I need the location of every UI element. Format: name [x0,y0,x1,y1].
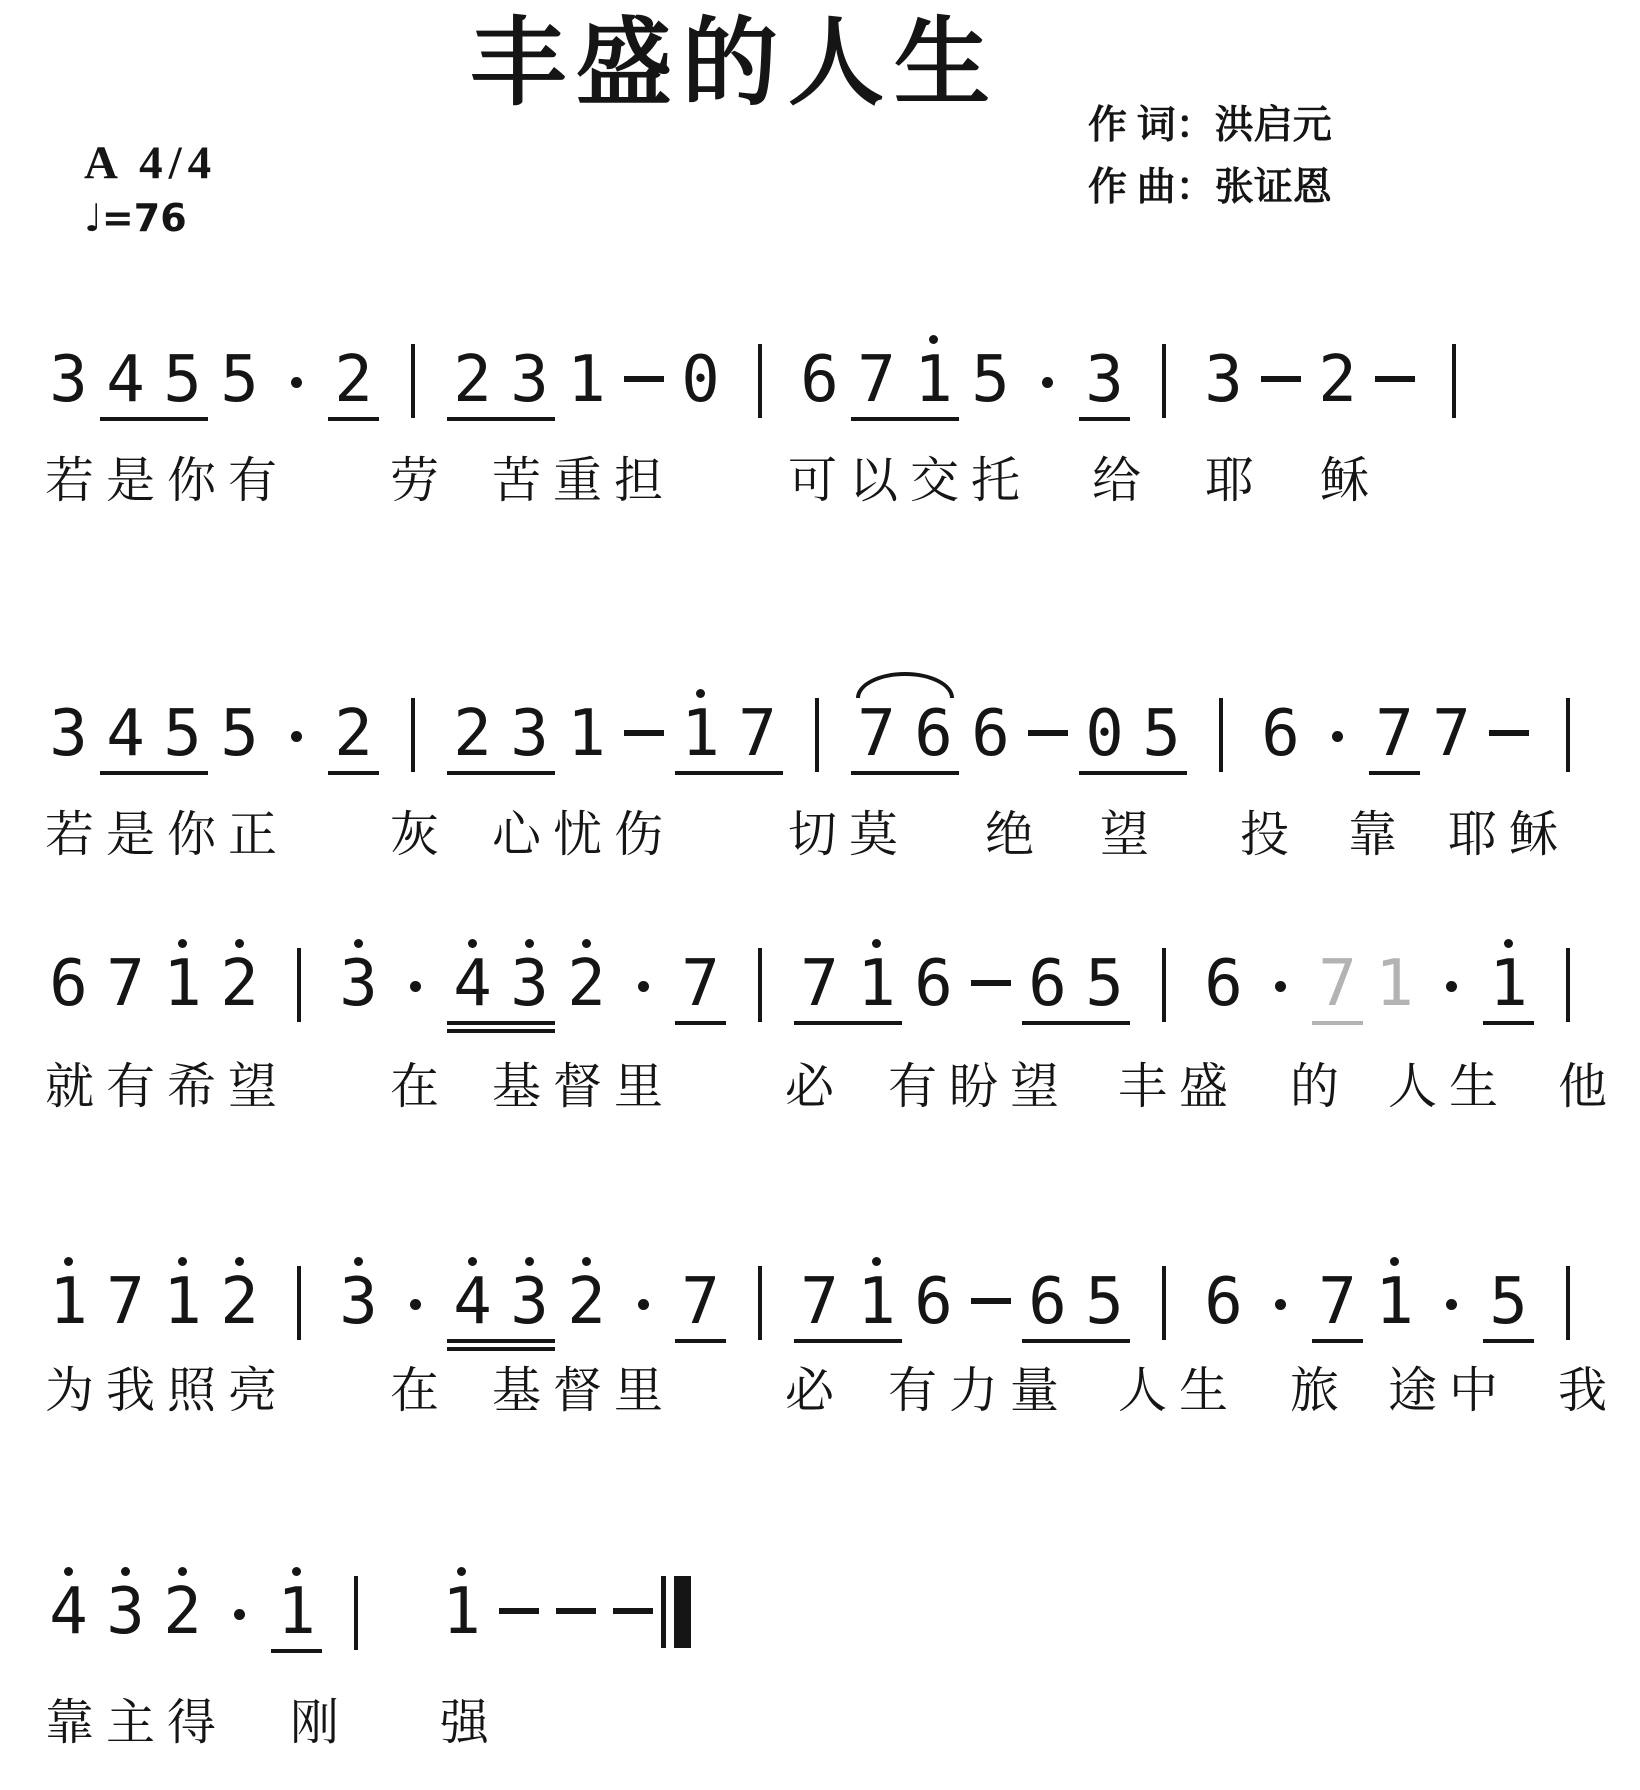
barline-glyph [1566,948,1570,1022]
notation-line-3: 671234327716656711 [40,952,1599,1018]
note-digit: 3 [97,1580,154,1646]
notation-line-4: 171234327716656715 [40,1270,1599,1336]
barline [1133,1270,1195,1336]
lyricist-label: 作 词： [1088,104,1215,147]
lyric-segment: 投 [1240,806,1301,864]
lyric-segment: 苦重担 [492,452,675,510]
barline-glyph [297,1266,301,1340]
note-digit: 3 [1076,348,1133,414]
augmentation-dot-glyph [1042,377,1053,388]
note-digit: 6 [905,702,962,768]
barline [786,702,848,768]
note-digit: 0 [672,348,729,414]
lyrics-line-3: 就有希望在基督里必有盼望丰盛的人生他 [0,1058,1640,1122]
augmentation-dot [615,952,672,1018]
barline [325,1580,387,1646]
note-group: 1 [154,1270,211,1336]
augmentation-dot [268,348,325,414]
octave-dot [582,1257,591,1266]
augmentation-dot-glyph [234,1609,245,1620]
note-digit: 5 [1076,1270,1133,1336]
note-group: 2 [558,952,615,1018]
augmentation-dot [387,1270,444,1336]
lyric-segment: 基督里 [492,1362,675,1420]
note-digit: 4 [97,348,154,414]
note-digit: 7 [1366,702,1423,768]
note-group: 7 [97,952,154,1018]
barline-glyph [1566,698,1570,772]
note-group: 3 [40,348,97,414]
augmentation-dot [1423,1270,1480,1336]
composer-credit: 作 曲：张证恩 [1088,162,1332,224]
octave-dot [696,689,705,698]
note-digit: 2 [558,1270,615,1336]
note-digit: 6 [905,1270,962,1336]
lyric-segment: 有力量 [888,1362,1071,1420]
note-group: 1 [268,1580,325,1646]
lyrics-line-2: 若是你正灰心忧伤切莫绝望投靠耶稣 [0,806,1640,870]
lyric-segment: 人生 [1118,1362,1240,1420]
extension-dash [962,952,1019,1018]
lyric-segment: 给 [1092,452,1153,510]
octave-dot [121,1567,130,1576]
note-digit: 1 [848,1270,905,1336]
extension-dash [490,1580,547,1646]
augmentation-dot [1019,348,1076,414]
note-group: 6 [1195,952,1252,1018]
note-group: 3 [330,952,387,1018]
octave-dot [468,939,477,948]
note-digit: 1 [1366,1270,1423,1336]
note-group: 0 [672,348,729,414]
note-digit: 3 [501,1270,558,1336]
barline-glyph [354,1576,358,1650]
note-group: 1 [558,348,615,414]
octave-dot [354,1257,363,1266]
lyrics-line-5: 靠主得刚强 [0,1694,1640,1758]
note-digit: 2 [444,348,501,414]
note-digit: 5 [962,348,1019,414]
note-group: 2 [558,1270,615,1336]
barline [1423,348,1485,414]
note-digit: 6 [1019,952,1076,1018]
final-thick-line [674,1576,691,1648]
lyric-segment: 途中 [1388,1362,1510,1420]
note-group: 2 [211,952,268,1018]
octave-dot [64,1567,73,1576]
note-digit: 1 [154,952,211,1018]
augmentation-dot [211,1580,268,1646]
augmentation-dot [615,1270,672,1336]
note-group: 05 [1076,702,1190,768]
barline-glyph [1566,1266,1570,1340]
extension-dash [615,702,672,768]
note-digit: 7 [1423,702,1480,768]
note-group: 7 [1366,702,1423,768]
octave-dot [235,1257,244,1266]
note-digit: 7 [1309,952,1366,1018]
note-digit: 7 [672,1270,729,1336]
augmentation-dot-glyph [410,1299,421,1310]
sheet-music-page: { "header": { "title": "丰盛的人生", "lyricis… [0,0,1640,1790]
note-digit: 7 [848,348,905,414]
note-digit: 1 [558,348,615,414]
note-group: 45 [97,702,211,768]
note-group: 17 [672,702,786,768]
note-digit: 2 [325,702,382,768]
note-group: 65 [1019,1270,1133,1336]
credits-block: 作 词：洪启元 作 曲：张证恩 [1088,100,1332,224]
lyric-segment: 就有希望 [45,1058,289,1116]
lyric-segment: 必 [785,1058,846,1116]
octave-dot [872,1257,881,1266]
barline-glyph [758,1266,762,1340]
note-group: 1 [154,952,211,1018]
lyric-segment: 人生 [1388,1058,1510,1116]
note-digit: 5 [211,702,268,768]
note-digit: 3 [501,702,558,768]
note-group: 3 [1076,348,1133,414]
note-group: 7 [1309,952,1366,1018]
octave-dot [354,939,363,948]
note-digit: 7 [1309,1270,1366,1336]
lyric-segment: 靠 [1348,806,1409,864]
lyric-segment: 为我照亮 [45,1362,289,1420]
note-digit: 6 [905,952,962,1018]
note-digit: 5 [154,348,211,414]
barline-glyph [297,948,301,1022]
note-digit: 6 [1195,1270,1252,1336]
note-digit: 3 [40,702,97,768]
note-group: 76 [848,702,962,768]
note-group: 3 [40,702,97,768]
octave-dot [178,939,187,948]
key-signature: A 4/4 [84,136,217,190]
note-group: 3 [97,1580,154,1646]
note-digit: 1 [154,1270,211,1336]
note-digit: 1 [848,952,905,1018]
note-group: 6 [40,952,97,1018]
note-digit: 1 [1366,952,1423,1018]
lyric-segment: 基督里 [492,1058,675,1116]
octave-dot [929,335,938,344]
augmentation-dot-glyph [410,981,421,992]
note-digit: 6 [1252,702,1309,768]
note-digit: 6 [962,702,1019,768]
note-digit: 3 [40,348,97,414]
note-group: 7 [672,1270,729,1336]
octave-dot [468,1257,477,1266]
note-group: 6 [905,952,962,1018]
note-group: 5 [211,702,268,768]
note-digit: 7 [791,952,848,1018]
note-group: 7 [1309,1270,1366,1336]
note-group: 1 [1480,952,1537,1018]
note-group: 71 [848,348,962,414]
lyricist-name: 洪启元 [1215,104,1332,147]
lyric-segment: 若是你有 [45,452,289,510]
barline [729,1270,791,1336]
augmentation-dot-glyph [1446,981,1457,992]
barline [1537,702,1599,768]
note-digit: 2 [211,952,268,1018]
lyrics-line-4: 为我照亮在基督里必有力量人生旅途中我 [0,1362,1640,1426]
extension-dash [615,348,672,414]
extension-dash-glyph [1261,376,1301,382]
note-digit: 7 [97,952,154,1018]
note-group: 1 [1366,952,1423,1018]
note-group: 2 [325,348,382,414]
note-group: 65 [1019,952,1133,1018]
lyric-segment: 旅 [1290,1362,1351,1420]
augmentation-dot-glyph [291,377,302,388]
barline-glyph [815,698,819,772]
tempo-marking: ♩=76 [84,196,187,240]
extension-dash [1019,702,1076,768]
lyric-segment: 望 [1100,806,1161,864]
barline [382,348,444,414]
notation-line-2: 345522311776605677 [40,702,1599,768]
barline-glyph [411,698,415,772]
note-group: 2 [211,1270,268,1336]
barline [1537,1270,1599,1336]
note-group: 4 [40,1580,97,1646]
extension-dash-glyph [971,1298,1011,1304]
note-digit: 3 [501,348,558,414]
note-group: 3 [1195,348,1252,414]
note-group: 2 [325,702,382,768]
note-group: 23 [444,702,558,768]
note-group: 5 [962,348,1019,414]
note-digit: 1 [905,348,962,414]
note-digit: 4 [97,702,154,768]
final-thin-line [661,1576,666,1648]
final-barline [661,1576,691,1642]
note-digit: 2 [558,952,615,1018]
note-group: 2 [154,1580,211,1646]
extension-dash [1252,348,1309,414]
octave-dot [1504,939,1513,948]
extension-dash-glyph [556,1608,596,1614]
note-digit: 1 [40,1270,97,1336]
extension-dash-glyph [624,376,664,382]
note-group: 1 [40,1270,97,1336]
lyric-segment: 必 [785,1362,846,1420]
barline [1133,952,1195,1018]
note-group: 5 [211,348,268,414]
lyric-segment: 靠主得 [45,1694,228,1752]
barline-glyph [1162,1266,1166,1340]
barline [268,952,330,1018]
lyric-segment: 的 [1290,1058,1351,1116]
augmentation-dot-glyph [638,1299,649,1310]
octave-dot [457,1567,466,1576]
lyrics-line-1: 若是你有劳苦重担可以交托给耶稣 [0,452,1640,516]
note-group: 6 [905,1270,962,1336]
octave-dot [178,1567,187,1576]
note-digit: 7 [672,952,729,1018]
note-digit: 1 [268,1580,325,1646]
barline [1190,702,1252,768]
note-digit: 4 [444,952,501,1018]
note-group: 6 [1252,702,1309,768]
augmentation-dot-glyph [1446,1299,1457,1310]
note-digit: 0 [1076,702,1133,768]
augmentation-dot-glyph [291,731,302,742]
note-group: 2 [1309,348,1366,414]
note-digit: 1 [1480,952,1537,1018]
extension-dash [962,1270,1019,1336]
note-digit: 7 [791,1270,848,1336]
extension-dash-glyph [624,730,664,736]
note-digit: 4 [444,1270,501,1336]
note-group: 3 [330,1270,387,1336]
lyric-segment: 灰 [390,806,451,864]
note-group: 71 [791,952,905,1018]
note-group: 6 [1195,1270,1252,1336]
augmentation-dot-glyph [638,981,649,992]
lyric-segment: 强 [440,1694,501,1752]
lyric-segment: 切莫 [788,806,910,864]
note-group: 43 [444,1270,558,1336]
note-digit: 2 [325,348,382,414]
augmentation-dot-glyph [1275,981,1286,992]
note-digit: 5 [154,702,211,768]
note-digit: 6 [791,348,848,414]
lyric-segment: 心忧伤 [492,806,675,864]
lyric-segment: 我 [1558,1362,1619,1420]
note-digit: 5 [1076,952,1133,1018]
octave-dot [178,1257,187,1266]
augmentation-dot-glyph [1332,731,1343,742]
note-group: 1 [433,1580,490,1646]
note-digit: 2 [154,1580,211,1646]
note-digit: 2 [1309,348,1366,414]
augmentation-dot [1309,702,1366,768]
lyric-segment: 稣 [1320,452,1381,510]
lyric-segment: 劳 [390,452,451,510]
barline-glyph [758,344,762,418]
extension-dash-glyph [1489,730,1529,736]
note-group: 7 [672,952,729,1018]
note-digit: 3 [501,952,558,1018]
octave-dot [1390,1257,1399,1266]
lyric-segment: 有盼望 [888,1058,1071,1116]
note-digit: 1 [558,702,615,768]
note-digit: 7 [97,1270,154,1336]
notation-line-1: 3455223106715332 [40,348,1485,414]
extension-dash-glyph [971,980,1011,986]
note-group: 5 [1480,1270,1537,1336]
note-digit: 7 [848,702,905,768]
notation-line-5: 43211 [40,1580,691,1646]
note-group: 1 [1366,1270,1423,1336]
extension-dash [1480,702,1537,768]
lyric-segment: 丰盛 [1118,1058,1240,1116]
octave-dot [64,1257,73,1266]
note-group: 71 [791,1270,905,1336]
barline-glyph [758,948,762,1022]
barline [268,1270,330,1336]
note-digit: 1 [672,702,729,768]
augmentation-dot [268,702,325,768]
extension-dash-glyph [613,1608,653,1614]
note-digit: 2 [444,702,501,768]
note-digit: 2 [211,1270,268,1336]
barline-glyph [411,344,415,418]
lyric-segment: 若是你正 [45,806,289,864]
lyric-segment: 在 [390,1362,451,1420]
composer-label: 作 曲： [1088,166,1215,209]
augmentation-dot-glyph [1275,1299,1286,1310]
note-digit: 5 [1133,702,1190,768]
barline [729,348,791,414]
extension-dash [604,1580,661,1646]
note-group: 45 [97,348,211,414]
note-group: 43 [444,952,558,1018]
note-digit: 3 [330,952,387,1018]
note-digit: 5 [1480,1270,1537,1336]
lyric-segment: 绝 [985,806,1046,864]
note-digit: 7 [729,702,786,768]
augmentation-dot [387,952,444,1018]
barline-glyph [1452,344,1456,418]
octave-dot [235,939,244,948]
extension-dash [547,1580,604,1646]
note-digit: 3 [1195,348,1252,414]
note-group: 7 [97,1270,154,1336]
lyricist-credit: 作 词：洪启元 [1088,100,1332,162]
note-group: 6 [791,348,848,414]
octave-dot [872,939,881,948]
augmentation-dot [1252,1270,1309,1336]
slur-arc [856,672,954,698]
augmentation-dot [1423,952,1480,1018]
augmentation-dot [1252,952,1309,1018]
barline [1537,952,1599,1018]
lyric-segment: 耶稣 [1448,806,1570,864]
octave-dot [292,1567,301,1576]
note-group: 7 [1423,702,1480,768]
extension-dash-glyph [1028,730,1068,736]
spacer [387,1580,433,1646]
extension-dash [1366,348,1423,414]
note-group: 1 [558,702,615,768]
lyric-segment: 他 [1558,1058,1619,1116]
composer-name: 张证恩 [1215,166,1332,209]
extension-dash-glyph [499,1608,539,1614]
note-digit: 5 [211,348,268,414]
note-digit: 3 [330,1270,387,1336]
note-group: 6 [962,702,1019,768]
note-group: 23 [444,348,558,414]
barline-glyph [1219,698,1223,772]
extension-dash-glyph [1375,376,1415,382]
octave-dot [525,939,534,948]
lyric-segment: 耶 [1205,452,1266,510]
note-digit: 6 [1195,952,1252,1018]
note-digit: 6 [1019,1270,1076,1336]
barline [1133,348,1195,414]
lyric-segment: 在 [390,1058,451,1116]
lyric-segment: 刚 [290,1694,351,1752]
note-digit: 4 [40,1580,97,1646]
barline-glyph [1162,344,1166,418]
octave-dot [525,1257,534,1266]
barline-glyph [1162,948,1166,1022]
barline [729,952,791,1018]
octave-dot [582,939,591,948]
